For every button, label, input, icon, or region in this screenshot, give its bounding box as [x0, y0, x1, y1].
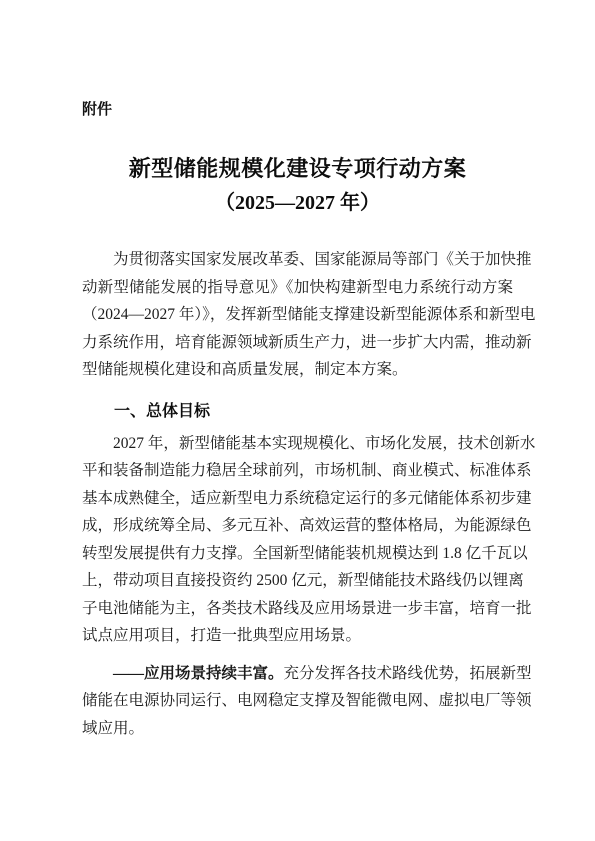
- text-line: 平和装备制造能力稳居全球前列，市场机制、商业模式、标准体系: [82, 457, 513, 485]
- document-title: 新型储能规模化建设专项行动方案: [82, 152, 513, 186]
- text-line: 为贯彻落实国家发展改革委、国家能源局等部门《关于加快推: [82, 246, 513, 274]
- text-line: 型储能规模化建设和高质量发展，制定本方案。: [82, 356, 513, 384]
- text-run: 基本成熟健全，适应新型电力系统稳定运行的多元储能体系初步建: [82, 490, 532, 507]
- text-line: ——应用场景持续丰富。充分发挥各技术路线优势，拓展新型: [82, 660, 513, 688]
- text-line: 上，带动项目直接投资约 2500 亿元，新型储能技术路线仍以锂离: [82, 567, 513, 595]
- text-line: 力系统作用，培育能源领域新质生产力，进一步扩大内需，推动新: [82, 329, 513, 357]
- text-run: 子电池储能为主，各类技术路线及应用场景进一步丰富，培育一批: [82, 600, 532, 617]
- text-run: 域应用。: [82, 720, 144, 737]
- text-line: 基本成熟健全，适应新型电力系统稳定运行的多元储能体系初步建: [82, 485, 513, 513]
- text-run: 力系统作用，培育能源领域新质生产力，进一步扩大内需，推动新: [82, 334, 532, 351]
- text-run: 转型发展提供有力支撑。全国新型储能装机规模达到 1.8 亿千瓦以: [82, 545, 528, 562]
- text-run: 充分发挥各技术路线优势，拓展新型: [284, 665, 532, 682]
- text-run: 储能在电源协同运行、电网稳定支撑及智能微电网、虚拟电厂等领: [82, 692, 532, 709]
- text-line: （2024—2027 年）》，发挥新型储能支撑建设新型能源体系和新型电: [82, 301, 513, 329]
- text-line: 域应用。: [82, 715, 513, 743]
- text-run: 型储能规模化建设和高质量发展，制定本方案。: [82, 361, 408, 378]
- intro-paragraph: 为贯彻落实国家发展改革委、国家能源局等部门《关于加快推动新型储能发展的指导意见》…: [82, 246, 513, 384]
- text-run: 试点应用项目，打造一批典型应用场景。: [82, 627, 361, 644]
- text-run: 动新型储能发展的指导意见》《加快构建新型电力系统行动方案: [82, 279, 513, 296]
- overall-goals-paragraph: 2027 年，新型储能基本实现规模化、市场化发展，技术创新水平和装备制造能力稳居…: [82, 430, 513, 650]
- text-line: 成，形成统筹全局、多元互补、高效运营的整体格局，为能源绿色: [82, 512, 513, 540]
- emphasis-run: ——应用场景持续丰富。: [113, 665, 284, 682]
- text-line: 2027 年，新型储能基本实现规模化、市场化发展，技术创新水: [82, 430, 513, 458]
- text-line: 储能在电源协同运行、电网稳定支撑及智能微电网、虚拟电厂等领: [82, 687, 513, 715]
- section-1-heading: 一、总体目标: [82, 398, 513, 426]
- text-line: 动新型储能发展的指导意见》《加快构建新型电力系统行动方案: [82, 274, 513, 302]
- text-line: 转型发展提供有力支撑。全国新型储能装机规模达到 1.8 亿千瓦以: [82, 540, 513, 568]
- document-subtitle: （2025—2027 年）: [82, 186, 513, 220]
- text-run: 2027 年，新型储能基本实现规模化、市场化发展，技术创新水: [113, 435, 535, 452]
- document-body: 为贯彻落实国家发展改革委、国家能源局等部门《关于加快推动新型储能发展的指导意见》…: [82, 246, 513, 742]
- text-run: 上，带动项目直接投资约 2500 亿元，新型储能技术路线仍以锂离: [82, 572, 524, 589]
- text-run: 平和装备制造能力稳居全球前列，市场机制、商业模式、标准体系: [82, 462, 532, 479]
- text-run: 成，形成统筹全局、多元互补、高效运营的整体格局，为能源绿色: [82, 517, 532, 534]
- application-scenarios-paragraph: ——应用场景持续丰富。充分发挥各技术路线优势，拓展新型储能在电源协同运行、电网稳…: [82, 660, 513, 743]
- text-line: 子电池储能为主，各类技术路线及应用场景进一步丰富，培育一批: [82, 595, 513, 623]
- text-run: （2024—2027 年）》，发挥新型储能支撑建设新型能源体系和新型电: [82, 306, 535, 323]
- text-line: 试点应用项目，打造一批典型应用场景。: [82, 622, 513, 650]
- attachment-label: 附件: [82, 99, 513, 121]
- document-page: 附件 新型储能规模化建设专项行动方案 （2025—2027 年） 为贯彻落实国家…: [0, 0, 595, 841]
- text-run: 为贯彻落实国家发展改革委、国家能源局等部门《关于加快推: [113, 251, 532, 268]
